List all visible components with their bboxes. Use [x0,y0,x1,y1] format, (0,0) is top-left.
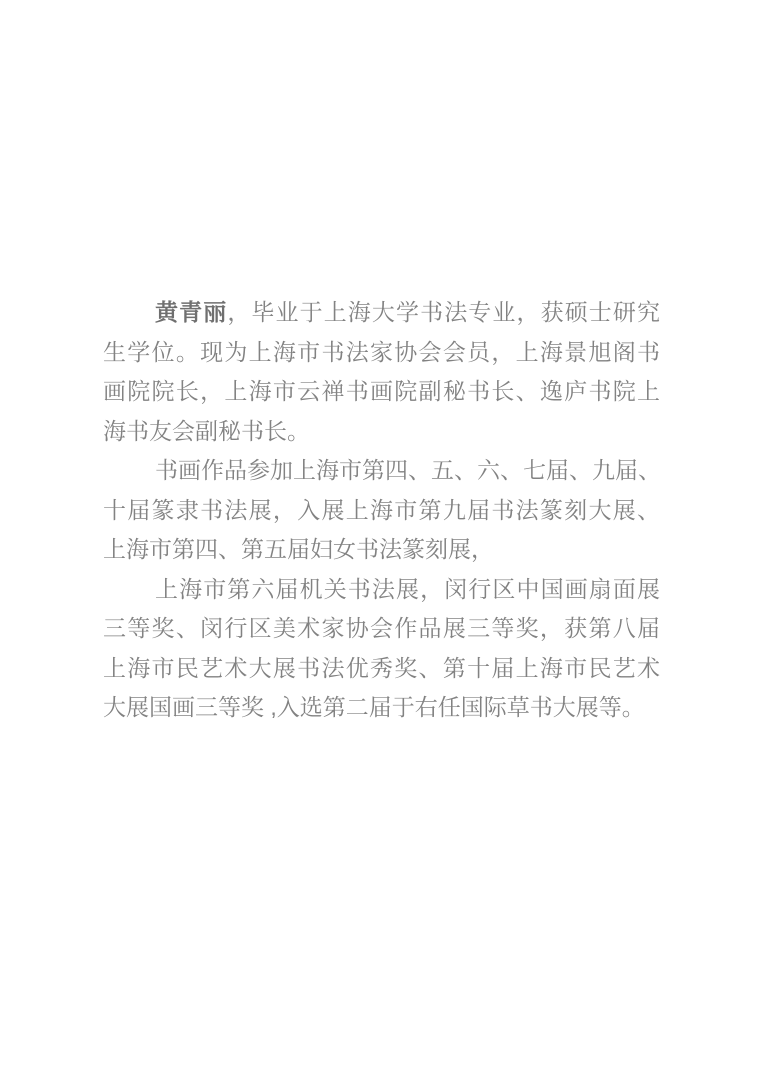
paragraph-1-line-4: 海书友会副秘书长。 [103,412,660,452]
paragraph-2-line-1: 书画作品参加上海市第四、五、六、七届、九届、 [103,451,660,491]
paragraph-1-line-1: 黄青丽，毕业于上海大学书法专业，获硕士研究 [103,293,660,333]
paragraph-1-line-2: 生学位。现为上海市书法家协会会员，上海景旭阁书 [103,333,660,373]
paragraph-3-line-1: 上海市第六届机关书法展，闵行区中国画扇面展 [103,570,660,610]
paragraph-1-line-3: 画院院长，上海市云禅书画院副秘书长、逸庐书院上 [103,372,660,412]
paragraph-2-line-3: 上海市第四、第五届妇女书法篆刻展， [103,530,660,570]
paragraph-1-line-1-text: ，毕业于上海大学书法专业，获硕士研究 [227,299,660,325]
document-page: 黄青丽，毕业于上海大学书法专业，获硕士研究 生学位。现为上海市书法家协会会员，上… [0,0,763,1080]
paragraph-3-line-4: 大展国画三等奖 ,入选第二届于右任国际草书大展等。 [103,688,660,728]
paragraph-3-line-2: 三等奖、闵行区美术家协会作品展三等奖，获第八届 [103,609,660,649]
paragraph-2-line-2: 十届篆隶书法展，入展上海市第九届书法篆刻大展、 [103,491,660,531]
biography-text-block: 黄青丽，毕业于上海大学书法专业，获硕士研究 生学位。现为上海市书法家协会会员，上… [103,293,660,728]
paragraph-3-line-3: 上海市民艺术大展书法优秀奖、第十届上海市民艺术 [103,649,660,689]
author-name: 黄青丽 [155,299,227,325]
